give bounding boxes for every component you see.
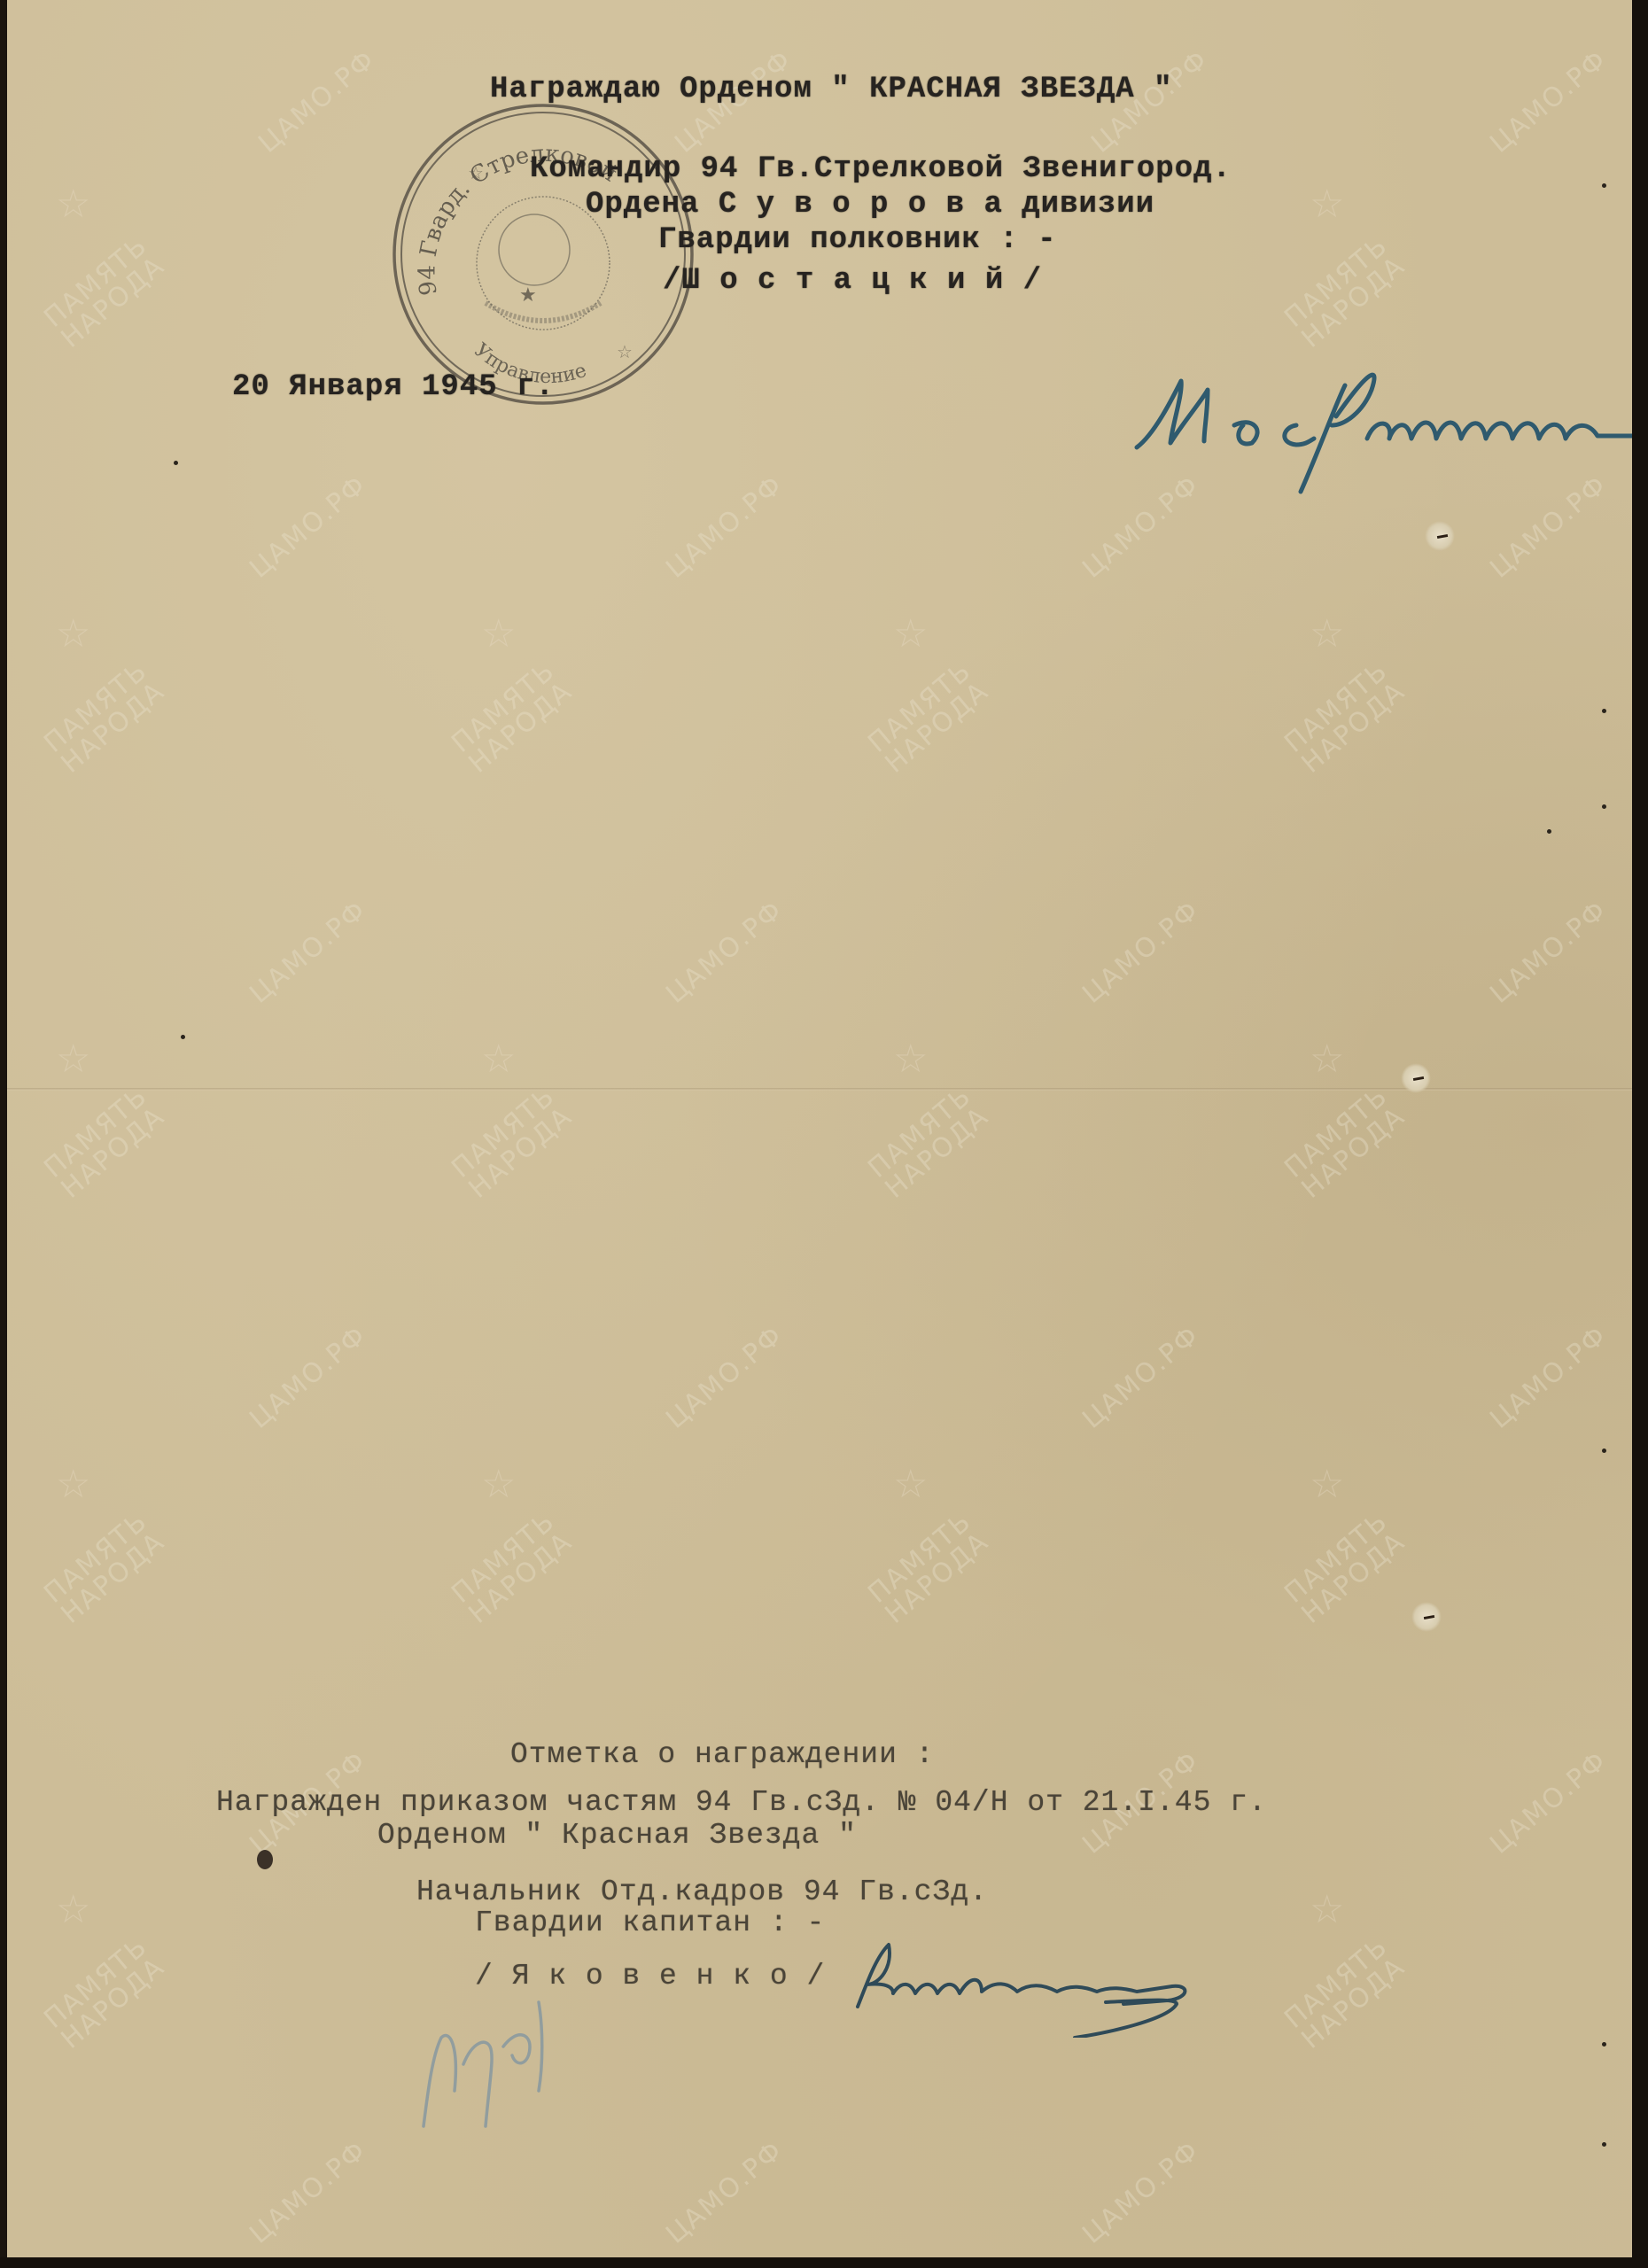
document-page: ЦАМО.РФ ЦАМО.РФ ЦАМО.РФ ЦАМО.РФ ЦАМО.РФ … [7,0,1632,2257]
watermark-star-icon: ☆ [1310,182,1344,227]
watermark-project: ПАМЯТЬНАРОДА [447,657,577,778]
watermark-star-icon: ☆ [1310,1887,1344,1932]
watermark-project: ПАМЯТЬНАРОДА [447,1508,577,1628]
award-note-order-name: Орденом " Красная Звезда " [377,1819,857,1852]
personnel-officer-position: Начальник Отд.кадров 94 Гв.сЗд. [416,1876,988,1908]
watermark-star-icon: ☆ [1310,1037,1344,1082]
watermark-project: ПАМЯТЬНАРОДА [447,1083,577,1203]
scan-edge-right [1632,0,1648,2268]
personnel-officer-rank: Гвардии капитан : - [475,1907,825,1939]
resolution-date: 20 Января 1945 г. [232,370,555,404]
commander-signature: Шостацкий [1119,363,1632,505]
watermark-star-icon: ☆ [481,611,516,656]
punch-hole [1401,1063,1431,1093]
watermark-archive: ЦАМО.РФ [1078,2137,1204,2249]
watermark-archive: ЦАМО.РФ [254,46,380,158]
watermark-project: ПАМЯТЬНАРОДА [864,1083,993,1203]
speck [1602,1449,1606,1453]
speck [1602,183,1606,188]
speck [174,461,178,465]
svg-text:ПМ: ПМ [415,1993,416,1994]
svg-text:☆: ☆ [468,164,484,183]
commander-position-line2: Ордена С у в о р о в а дивизии [586,188,1154,221]
watermark-archive: ЦАМО.РФ [245,1322,371,1433]
award-note-title: Отметка о награждении : [510,1738,934,1771]
watermark-archive: ЦАМО.РФ [662,471,788,583]
speck [1602,2042,1606,2047]
watermark-project: ПАМЯТЬНАРОДА [40,1083,169,1203]
ink-blot [257,1850,273,1869]
svg-text:★: ★ [519,283,537,306]
watermark-project: ПАМЯТЬНАРОДА [40,232,169,353]
svg-text:Шостацкий: Шостацкий [1119,363,1123,364]
svg-text:☆: ☆ [617,343,633,362]
award-note-order-line: Награжден приказом частям 94 Гв.сЗд. № 0… [216,1786,1267,1819]
speck [1547,829,1551,834]
personnel-officer-signature: Яковенко [840,1931,1239,2038]
watermark-star-icon: ☆ [56,1887,90,1932]
watermark-archive: ЦАМО.РФ [1486,46,1612,158]
commander-name: /Ш о с т а ц к и й / [663,264,1042,298]
official-stamp-icon: 94 Гвард. Стрелковой Управление ★ ☆ ☆ [388,99,698,409]
watermark-star-icon: ☆ [1310,1462,1344,1507]
watermark-star-icon: ☆ [56,182,90,227]
watermark-project: ПАМЯТЬНАРОДА [40,657,169,778]
watermark-archive: ЦАМО.РФ [662,1322,788,1433]
watermark-star-icon: ☆ [893,1462,928,1507]
watermark-archive: ЦАМО.РФ [662,897,788,1008]
watermark-archive: ЦАМО.РФ [245,2137,371,2249]
punch-hole [1425,521,1455,551]
personnel-officer-name: / Я к о в е н к о / [475,1960,825,1992]
svg-text:Яковенко: Яковенко [840,1931,843,1932]
watermark-star-icon: ☆ [56,1462,90,1507]
scan-edge-bottom [0,2257,1648,2268]
watermark-project: ПАМЯТЬНАРОДА [1280,1083,1410,1203]
watermark-project: ПАМЯТЬНАРОДА [40,1508,169,1628]
watermark-star-icon: ☆ [481,1462,516,1507]
watermark-archive: ЦАМО.РФ [245,897,371,1008]
watermark-star-icon: ☆ [893,1037,928,1082]
watermark-star-icon: ☆ [1310,611,1344,656]
punch-hole [1411,1602,1442,1632]
watermark-archive: ЦАМО.РФ [1486,897,1612,1008]
speck [1602,709,1606,713]
watermark-archive: ЦАМО.РФ [662,2137,788,2249]
paper-fold-line [7,1088,1632,1091]
watermark-archive: ЦАМО.РФ [1486,1747,1612,1859]
watermark-star-icon: ☆ [481,1037,516,1082]
speck [181,1035,185,1039]
watermark-archive: ЦАМО.РФ [1078,897,1204,1008]
watermark-project: ПАМЯТЬНАРОДА [1280,657,1410,778]
watermark-star-icon: ☆ [56,611,90,656]
watermark-star-icon: ☆ [56,1037,90,1082]
watermark-project: ПАМЯТЬНАРОДА [1280,232,1410,353]
watermark-project: ПАМЯТЬНАРОДА [40,1933,169,2054]
speck [1602,2142,1606,2147]
watermark-project: ПАМЯТЬНАРОДА [864,1508,993,1628]
watermark-archive: ЦАМО.РФ [1486,1322,1612,1433]
speck [1602,804,1606,809]
watermark-project: ПАМЯТЬНАРОДА [1280,1933,1410,2054]
commander-position-line1: Командир 94 Гв.Стрелковой Звенигород. [530,152,1232,186]
award-resolution-heading: Награждаю Орденом " КРАСНАЯ ЗВЕЗДА " [490,73,1173,106]
watermark-project: ПАМЯТЬНАРОДА [864,657,993,778]
watermark-archive: ЦАМО.РФ [1078,1322,1204,1433]
pencil-annotation: ПМ [415,1993,592,2144]
watermark-archive: ЦАМО.РФ [245,471,371,583]
commander-rank: Гвардии полковник : - [658,223,1056,257]
watermark-project: ПАМЯТЬНАРОДА [1280,1508,1410,1628]
watermark-star-icon: ☆ [893,611,928,656]
